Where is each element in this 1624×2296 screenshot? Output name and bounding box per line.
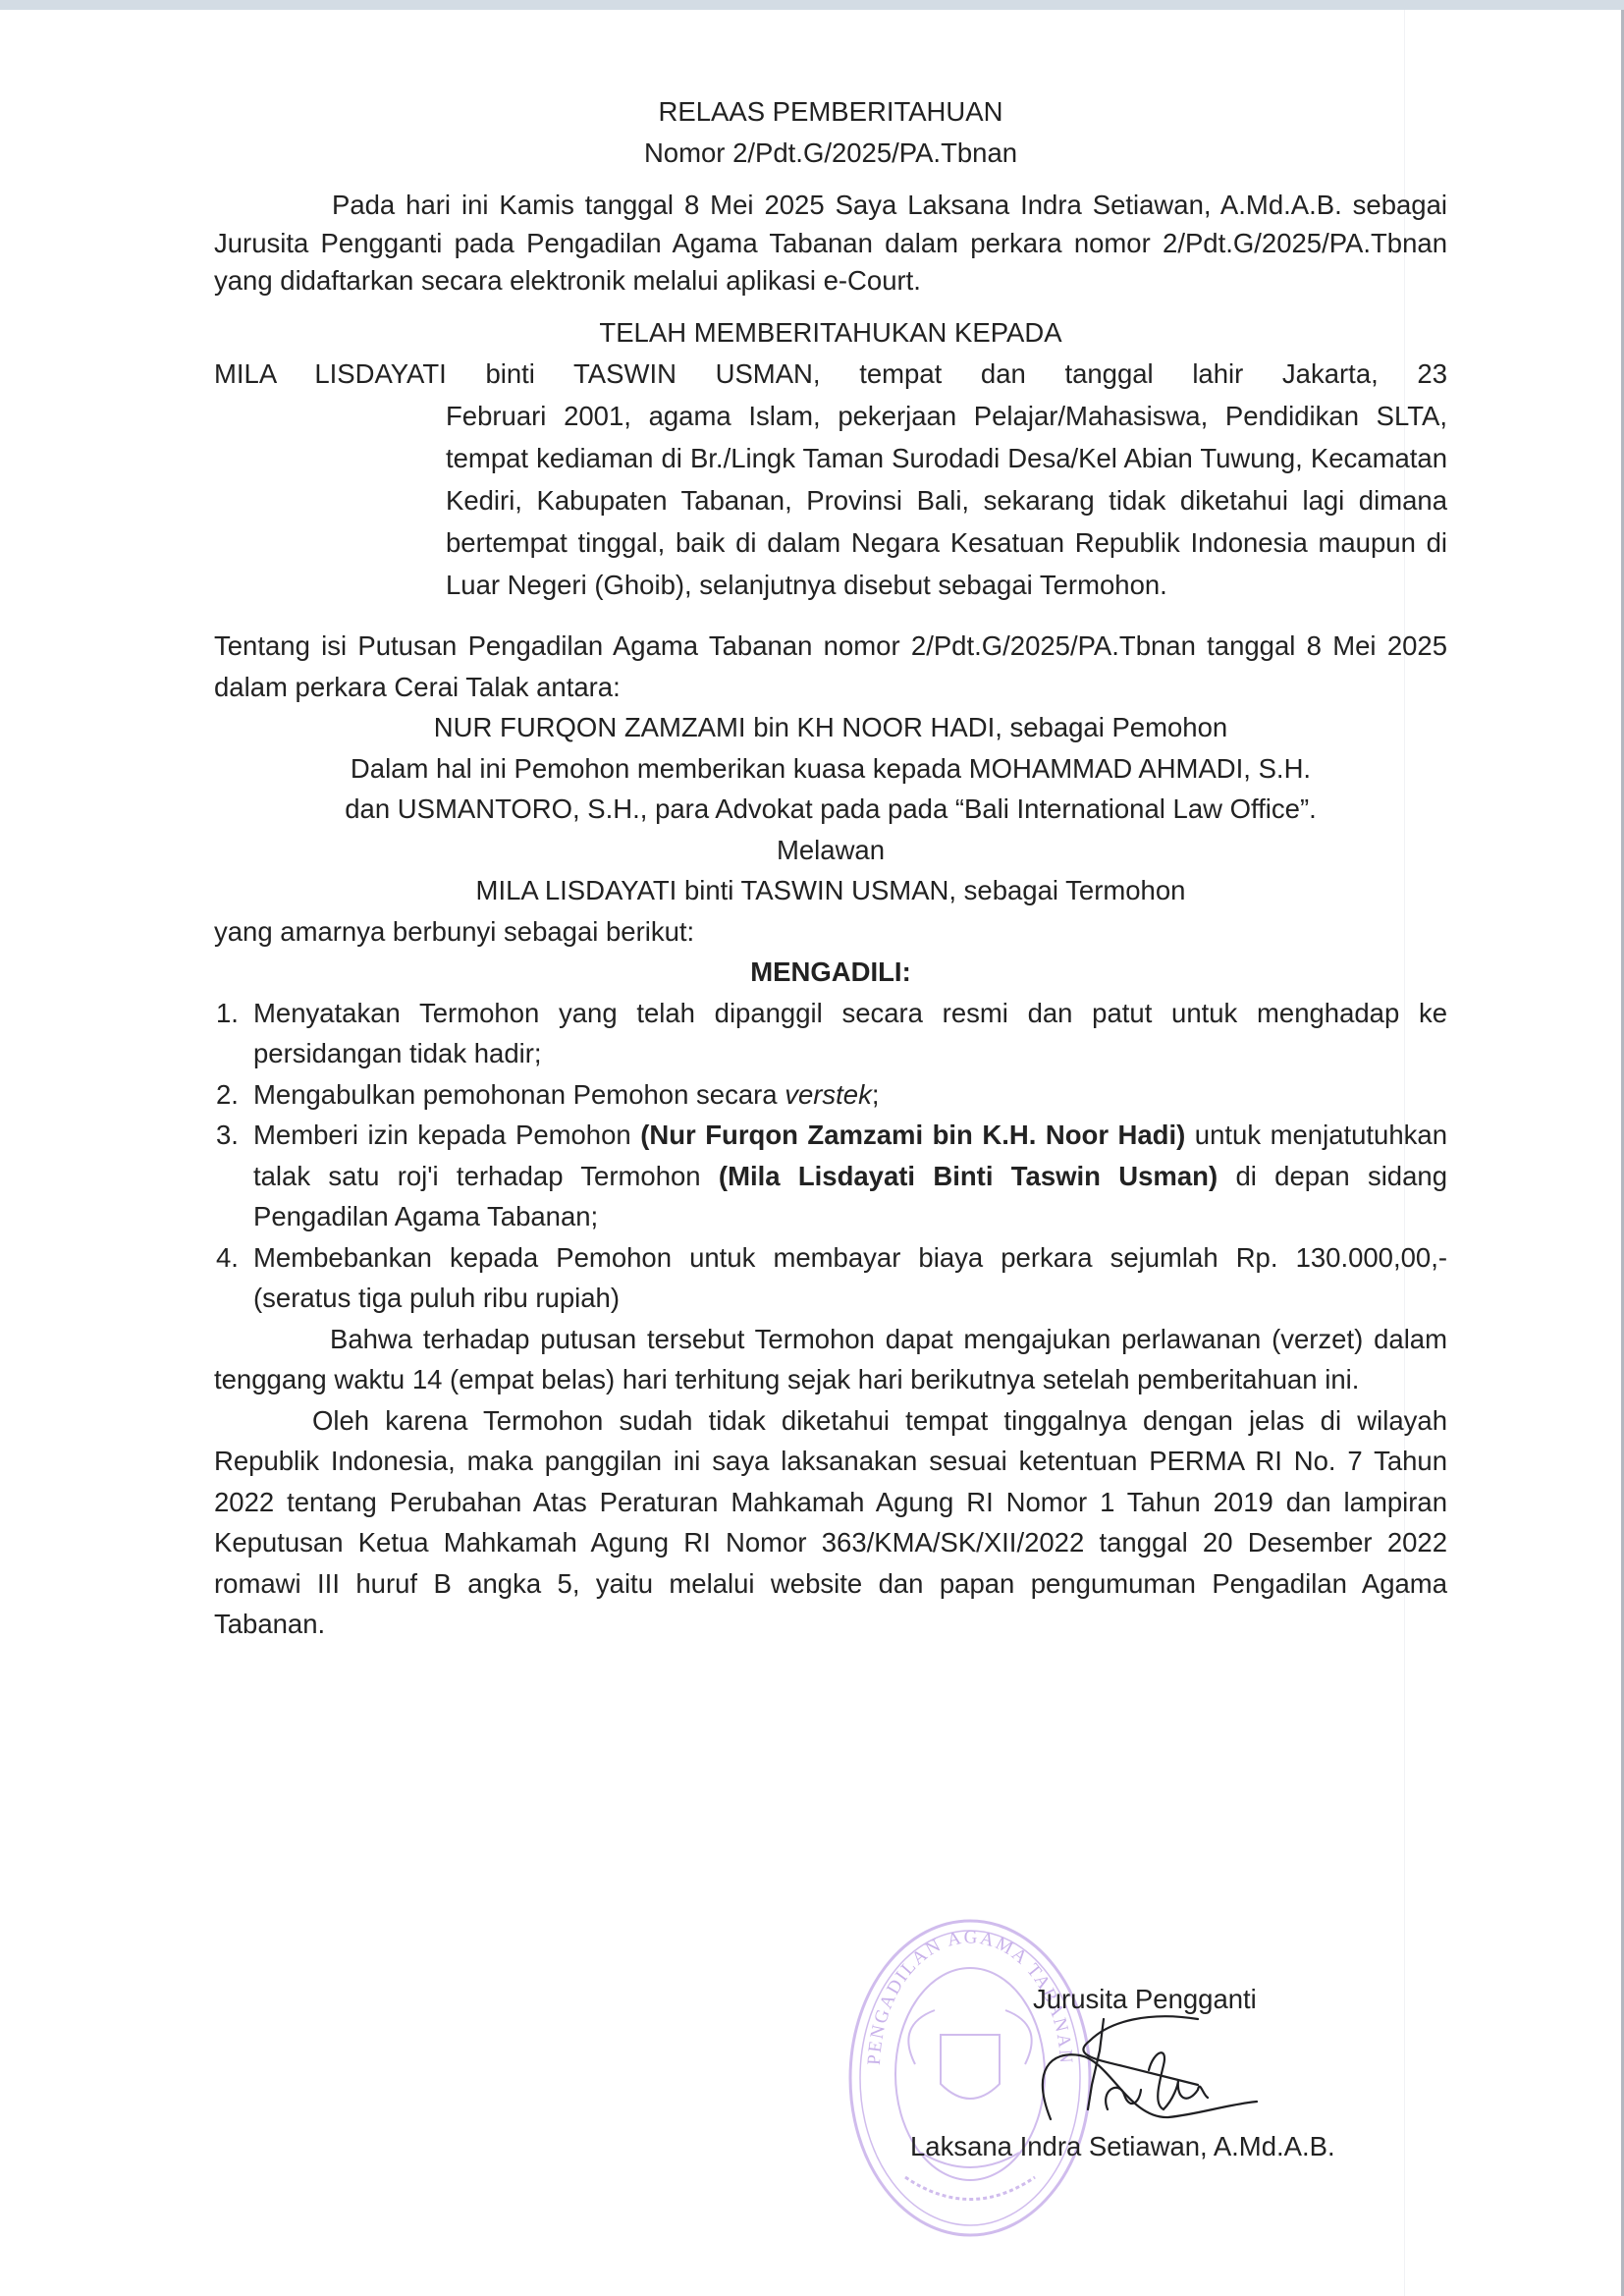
opening-paragraph: Pada hari ini Kamis tanggal 8 Mei 2025 S…: [214, 187, 1447, 301]
verdict-item: 4. Membebankan kepada Pemohon untuk memb…: [214, 1237, 1447, 1319]
legal-basis-paragraph: Oleh karena Termohon sudah tidak diketah…: [214, 1400, 1447, 1645]
verdict-item: 1. Menyatakan Termohon yang telah dipang…: [214, 993, 1447, 1074]
notified-heading: TELAH MEMBERITAHUKAN KEPADA: [214, 312, 1447, 354]
party-applicant: NUR FURQON ZAMZAMI bin KH NOOR HADI, seb…: [214, 707, 1447, 748]
verzet-paragraph: Bahwa terhadap putusan tersebut Termohon…: [214, 1319, 1447, 1400]
verdict-list: 1. Menyatakan Termohon yang telah dipang…: [214, 993, 1447, 1319]
verdict-item-applicant-name: (Nur Furqon Zamzami bin K.H. Noor Hadi): [640, 1120, 1185, 1150]
verdict-item: 3. Memberi izin kepada Pemohon (Nur Furq…: [214, 1115, 1447, 1237]
verdict-item-number: 3.: [216, 1115, 239, 1156]
verdict-item-respondent-name: (Mila Lisdayati Binti Taswin Usman): [719, 1161, 1218, 1191]
party-proxy-line-2: dan USMANTORO, S.H., para Advokat pada p…: [214, 789, 1447, 830]
amar-intro: yang amarnya berbunyi sebagai berikut:: [214, 911, 1447, 953]
recipient-first-line: MILA LISDAYATI binti TASWIN USMAN, tempa…: [214, 353, 1447, 395]
verdict-item-number: 4.: [216, 1237, 239, 1279]
verdict-item-text: Menyatakan Termohon yang telah dipanggil…: [253, 998, 1447, 1069]
verdict-item-text-end: ;: [872, 1079, 880, 1110]
party-respondent: MILA LISDAYATI binti TASWIN USMAN, sebag…: [214, 870, 1447, 911]
signature-scribble: [1031, 2011, 1276, 2139]
signature-name: Laksana Indra Setiawan, A.Md.A.B.: [910, 2129, 1335, 2164]
verdict-heading: MENGADILI:: [214, 952, 1447, 993]
party-proxy-line-1: Dalam hal ini Pemohon memberikan kuasa k…: [214, 748, 1447, 790]
document-title: RELAAS PEMBERITAHUAN: [214, 91, 1447, 133]
verdict-item-italic-term: verstek: [785, 1079, 872, 1110]
about-paragraph: Tentang isi Putusan Pengadilan Agama Tab…: [214, 626, 1447, 707]
verdict-item: 2. Mengabulkan pemohonan Pemohon secara …: [214, 1074, 1447, 1116]
verdict-item-text: Membebankan kepada Pemohon untuk membaya…: [253, 1242, 1447, 1314]
scan-top-edge: [0, 0, 1624, 10]
document-number: Nomor 2/Pdt.G/2025/PA.Tbnan: [214, 133, 1447, 174]
party-versus: Melawan: [214, 830, 1447, 871]
verdict-item-text: Mengabulkan pemohonan Pemohon secara: [253, 1079, 785, 1110]
verdict-item-number: 2.: [216, 1074, 239, 1116]
verdict-item-text: Memberi izin kepada Pemohon: [253, 1120, 640, 1150]
verdict-item-number: 1.: [216, 993, 239, 1034]
recipient-details: Februari 2001, agama Islam, pekerjaan Pe…: [214, 395, 1447, 606]
document-page: RELAAS PEMBERITAHUAN Nomor 2/Pdt.G/2025/…: [214, 91, 1447, 1645]
